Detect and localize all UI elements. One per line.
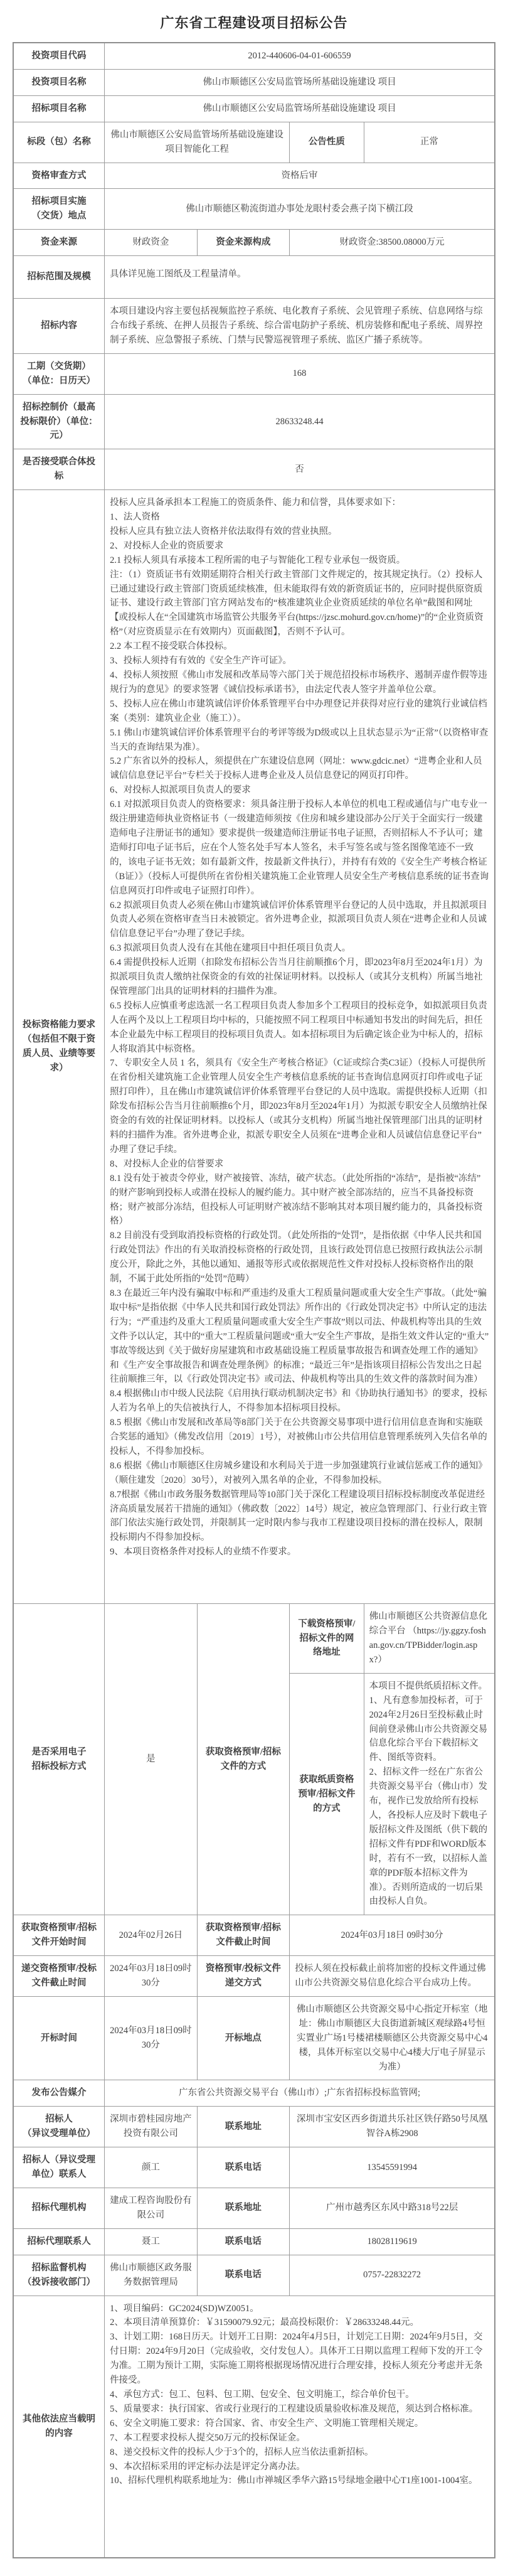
label-paper-method: 获取纸质资格预审/招标文件的方式 [290, 1673, 364, 1915]
value-bid-opening-time: 2024年03月18日09时30分 [105, 1996, 198, 2080]
label-investment-code: 投资项目代码 [13, 43, 105, 69]
label-tenderer: 招标人 （异议受理单位） [13, 2107, 105, 2147]
value-scope: 具体详见施工图纸及工程量清单。 [105, 256, 495, 299]
table-row: 标段（包）名称 佛山市顺德区公安局监管场所基础设施建设项目智能化工程 公告性质 … [13, 122, 495, 163]
table-row: 招标监督机构 （投诉接收部门） 佛山市顺德区政务服务数据管理局 联系电话 075… [13, 2255, 495, 2295]
value-tenderer-phone: 13545591994 [290, 2147, 495, 2188]
label-agency-phone: 联系电话 [197, 2228, 290, 2255]
value-media: 广东省公共资源交易平台（佛山市）;广东省招标投标监管网; [105, 2080, 495, 2107]
table-row: 获取资格预审/招标文件开始时间 2024年02月26日 获取资格预审/招标文件截… [13, 1915, 495, 1956]
label-agency: 招标代理机构 [13, 2188, 105, 2229]
value-tender-name: 佛山市顺德区公安局监管场所基础设施建设 项目 [105, 95, 495, 122]
table-row: 招标代理机构 建成工程咨询股份有限公司 联系地址 广州市越秀区东风中路318号2… [13, 2188, 495, 2229]
label-content: 招标内容 [13, 299, 105, 354]
label-obtain-end-time: 获取资格预审/招标文件截止时间 [197, 1915, 290, 1956]
table-row: 发布公告媒介 广东省公共资源交易平台（佛山市）;广东省招标投标监管网; [13, 2080, 495, 2107]
label-submission-deadline: 递交资格预审/投标文件截止时间 [13, 1956, 105, 1997]
table-row: 招标控制价（最高投标限价）（单位：元） 28633248.44 [13, 394, 495, 449]
table-row: 开标时间 2024年03月18日09时30分 开标地点 佛山市顺德区公共资源交易… [13, 1996, 495, 2080]
label-funding-composition: 资金来源构成 [197, 230, 290, 256]
value-funding-composition: 财政资金:38500.08000万元 [290, 230, 495, 256]
table-row: 工期（交货期） （单位：日历天） 168 [13, 353, 495, 394]
value-duration: 168 [105, 353, 495, 394]
label-investment-name: 投资项目名称 [13, 69, 105, 95]
page-title: 广东省工程建设项目招标公告 [13, 13, 495, 32]
value-funding-source: 财政资金 [105, 230, 198, 256]
value-qualification-requirements: 投标人应具备承担本工程施工的资质条件、能力和信誉，具体要求如下： 1、法人资格 … [105, 490, 495, 1604]
table-row: 投资项目代码 2012-440606-04-01-606559 [13, 43, 495, 69]
value-supervision: 佛山市顺德区政务服务数据管理局 [105, 2255, 198, 2295]
label-scope: 招标范围及规模 [13, 256, 105, 299]
value-submission-method: 投标人须在投标截止前将加密的投标文件通过佛山市公共资源交易信息化综合平台成功上传… [290, 1956, 495, 1997]
value-investment-name: 佛山市顺德区公安局监管场所基础设施建设 项目 [105, 69, 495, 95]
label-duration: 工期（交货期） （单位：日历天） [13, 353, 105, 394]
label-tenderer-address: 联系地址 [197, 2107, 290, 2147]
value-obtain-start-time: 2024年02月26日 [105, 1915, 198, 1956]
value-consortium: 否 [105, 449, 495, 490]
table-row: 招标代理联系人 聂工 联系电话 18028119619 [13, 2228, 495, 2255]
table-row: 招标项目名称 佛山市顺德区公安局监管场所基础设施建设 项目 [13, 95, 495, 122]
table-row: 是否采用电子 招标投标方式 是 获取资格预审/招标文件的方式 下载资格预审/招标… [13, 1604, 495, 1674]
table-row: 投标资格能力要求（包括但不限于资质人员、业绩等要求） 投标人应具备承担本工程施工… [13, 490, 495, 1604]
value-content: 本项目建设内容主要包括视频监控子系统、电化教育子系统、会见管理子系统、信息网络与… [105, 299, 495, 354]
label-tenderer-contact: 招标人（异议受理单位）联系人 [13, 2147, 105, 2188]
label-electronic-bidding: 是否采用电子 招标投标方式 [13, 1604, 105, 1915]
label-qualification-requirements: 投标资格能力要求（包括但不限于资质人员、业绩等要求） [13, 490, 105, 1604]
label-location: 招标项目实施 （交货）地点 [13, 189, 105, 230]
value-agency-phone: 18028119619 [290, 2228, 495, 2255]
label-qualification-review: 资格审查方式 [13, 163, 105, 189]
label-agency-contact: 招标代理联系人 [13, 2228, 105, 2255]
label-media: 发布公告媒介 [13, 2080, 105, 2107]
label-bid-opening-place: 开标地点 [197, 1996, 290, 2080]
table-row: 招标范围及规模 具体详见施工图纸及工程量清单。 [13, 256, 495, 299]
label-notice-nature: 公告性质 [290, 122, 364, 163]
table-row: 招标人 （异议受理单位） 深圳市碧桂园房地产投资有限公司 联系地址 深圳市宝安区… [13, 2107, 495, 2147]
value-tenderer-contact: 颜工 [105, 2147, 198, 2188]
value-tenderer-address: 深圳市宝安区西乡街道共乐社区铁仔路50号凤凰智谷A栋2908 [290, 2107, 495, 2147]
table-row: 其他依法应当载明 的内容 1、项目编码：GC2024(SD)WZ0051。 2、… [13, 2295, 495, 2558]
label-supervision: 招标监督机构 （投诉接收部门） [13, 2255, 105, 2295]
table-row: 招标内容 本项目建设内容主要包括视频监控子系统、电化教育子系统、会见管理子系统、… [13, 299, 495, 354]
value-other-content: 1、项目编码：GC2024(SD)WZ0051。 2、本项目清单预算价：￥315… [105, 2295, 495, 2558]
label-tender-name: 招标项目名称 [13, 95, 105, 122]
table-row: 投资项目名称 佛山市顺德区公安局监管场所基础设施建设 项目 [13, 69, 495, 95]
label-obtain-start-time: 获取资格预审/招标文件开始时间 [13, 1915, 105, 1956]
label-bid-opening-time: 开标时间 [13, 1996, 105, 2080]
value-paper-method: 本项目不提供纸质招标文件。 1、凡有意参加投标者，可于2024年2月26日至投标… [364, 1673, 495, 1915]
table-row: 资金来源 财政资金 资金来源构成 财政资金:38500.08000万元 [13, 230, 495, 256]
value-tenderer: 深圳市碧桂园房地产投资有限公司 [105, 2107, 198, 2147]
value-submission-deadline: 2024年03月18日09时30分 [105, 1956, 198, 1997]
label-supervision-phone: 联系电话 [197, 2255, 290, 2295]
announcement-page: 广东省工程建设项目招标公告 投资项目代码 2012-440606-04-01-6… [0, 0, 508, 2576]
value-agency: 建成工程咨询股份有限公司 [105, 2188, 198, 2229]
table-row: 招标项目实施 （交货）地点 佛山市顺德区勒流街道办事处龙眼村委会燕子岗下横江段 [13, 189, 495, 230]
label-section-package: 标段（包）名称 [13, 122, 105, 163]
value-download-address: 佛山市顺德区公共资源信息化综合平台 （https://jy.ggzy.fosha… [364, 1604, 495, 1674]
value-electronic-bidding: 是 [105, 1604, 198, 1915]
value-agency-address: 广州市越秀区东风中路318号22层 [290, 2188, 495, 2229]
table-row: 递交资格预审/投标文件截止时间 2024年03月18日09时30分 资格预审/投… [13, 1956, 495, 1997]
announcement-table: 投资项目代码 2012-440606-04-01-606559 投资项目名称 佛… [13, 42, 495, 2558]
value-control-price: 28633248.44 [105, 394, 495, 449]
value-supervision-phone: 0757-22832272 [290, 2255, 495, 2295]
table-row: 资格审查方式 资格后审 [13, 163, 495, 189]
value-investment-code: 2012-440606-04-01-606559 [105, 43, 495, 69]
label-agency-address: 联系地址 [197, 2188, 290, 2229]
value-agency-contact: 聂工 [105, 2228, 198, 2255]
label-consortium: 是否接受联合体投标 [13, 449, 105, 490]
value-section-package: 佛山市顺德区公安局监管场所基础设施建设项目智能化工程 [105, 122, 290, 163]
table-row: 招标人（异议受理单位）联系人 颜工 联系电话 13545591994 [13, 2147, 495, 2188]
label-submission-method: 资格预审/投标文件递交方式 [197, 1956, 290, 1997]
label-tenderer-phone: 联系电话 [197, 2147, 290, 2188]
label-obtain-method: 获取资格预审/招标文件的方式 [197, 1604, 290, 1915]
value-bid-opening-place: 佛山市顺德区公共资源交易中心指定开标室（地址：佛山市顺德区大良街道新城区观绿路4… [290, 1996, 495, 2080]
label-funding-source: 资金来源 [13, 230, 105, 256]
value-location: 佛山市顺德区勒流街道办事处龙眼村委会燕子岗下横江段 [105, 189, 495, 230]
value-obtain-end-time: 2024年03月18日 09时30分 [290, 1915, 495, 1956]
value-notice-nature: 正常 [364, 122, 495, 163]
label-download-address: 下载资格预审/招标文件的网络地址 [290, 1604, 364, 1674]
label-other-content: 其他依法应当载明 的内容 [13, 2295, 105, 2558]
label-control-price: 招标控制价（最高投标限价）（单位：元） [13, 394, 105, 449]
table-row: 是否接受联合体投标 否 [13, 449, 495, 490]
value-qualification-review: 资格后审 [105, 163, 495, 189]
